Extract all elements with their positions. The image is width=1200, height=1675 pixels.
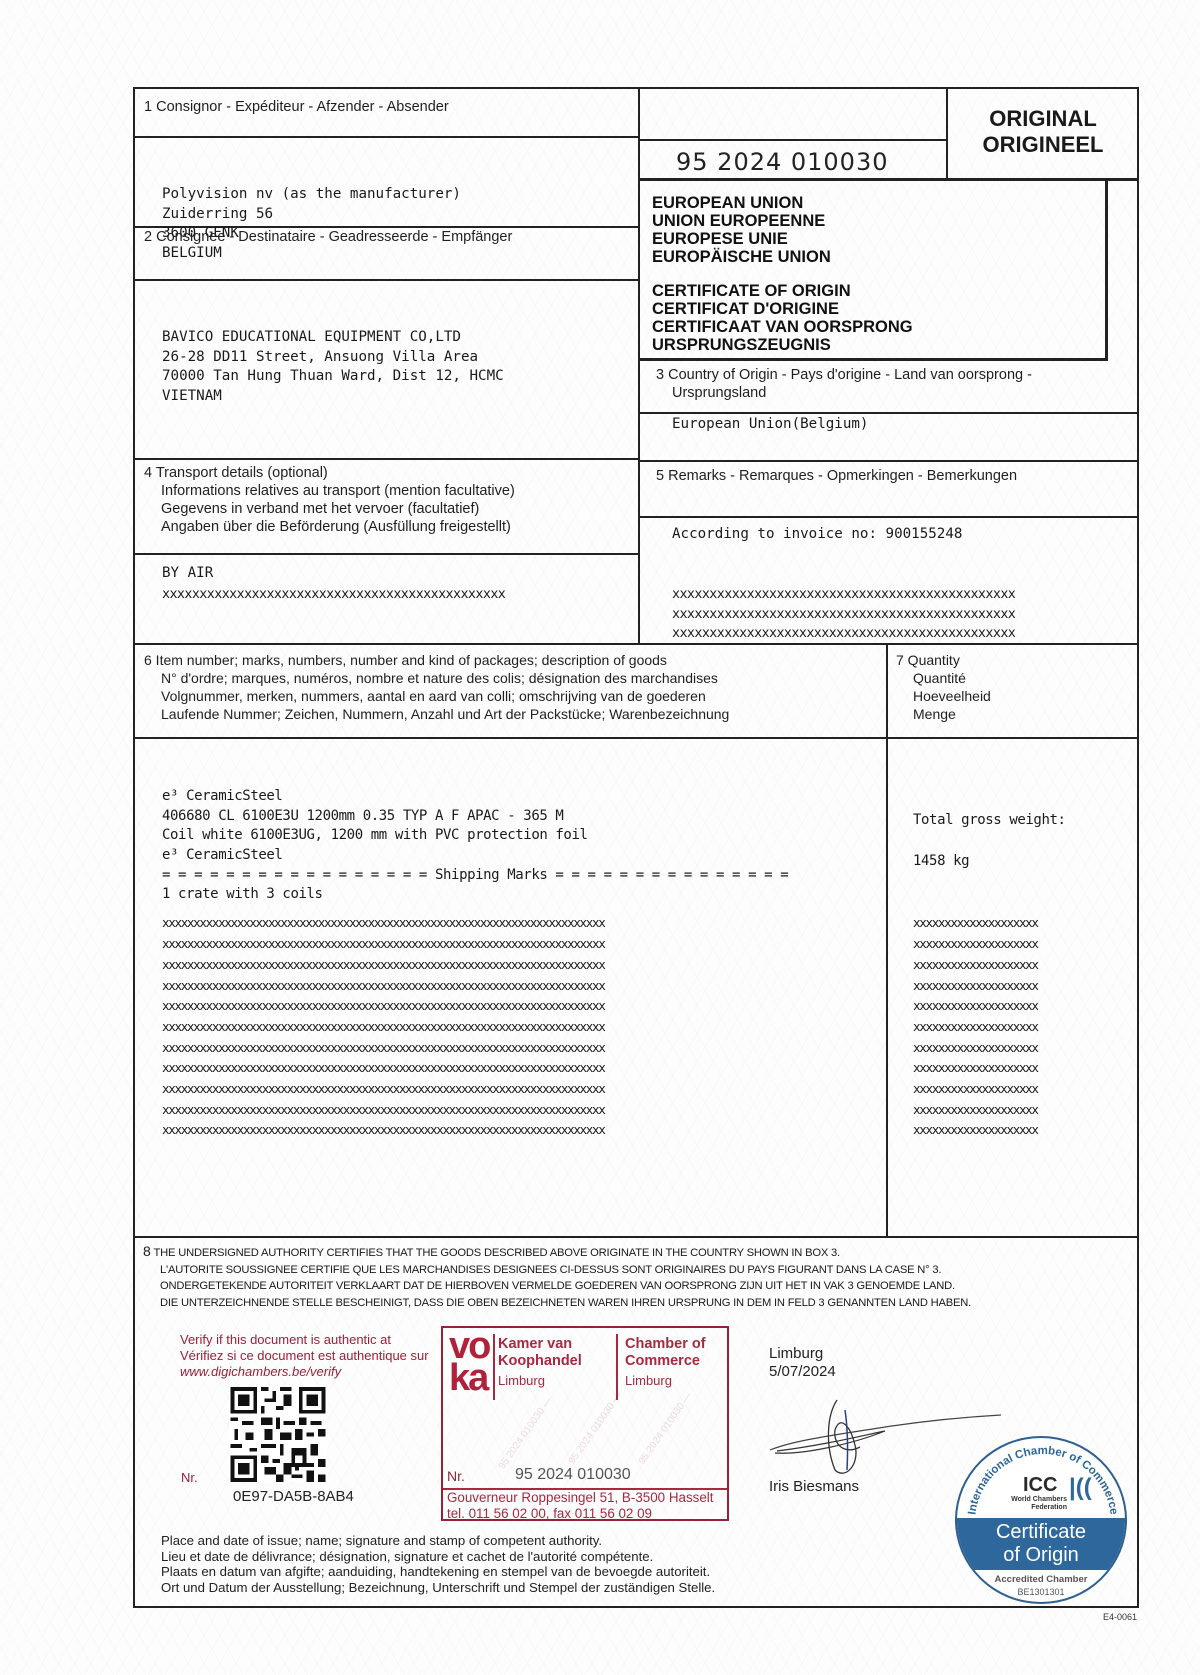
verify-url-link[interactable]: www.digichambers.be/verify [180,1364,429,1380]
icc-brand: ICC [1023,1474,1057,1497]
goods-filler-line: xxxxxxxxxxxxxxxxxxxxxxxxxxxxxxxxxxxxxxxx… [162,913,604,934]
box7-label-line: Menge [896,705,991,723]
divider-center [638,87,640,645]
rule-box3-top [638,358,1108,361]
box6-label-line: Laufende Nummer; Zeichen, Nummern, Anzah… [144,705,729,723]
divider-quantity [886,643,888,1237]
box3-label-line: 3 Country of Origin - Pays d'origine - L… [656,366,1032,384]
certification-line: THE UNDERSIGNED AUTHORITY CERTIFIES THAT… [154,1247,840,1259]
instruction-line: Plaats en datum van afgifte; aanduiding,… [161,1564,715,1580]
stamp-en-name: Chamber of Commerce [625,1336,706,1370]
quantity-filler-line: xxxxxxxxxxxxxxxxxxxx [913,1100,1038,1121]
chamber-of-commerce-stamp: vo ka Kamer van Koophandel Limburg Chamb… [441,1326,729,1521]
stamp-phone: tel. 011 56 02 00, fax 011 56 02 09 [447,1506,652,1521]
cert-title: CERTIFICATE OF ORIGIN [652,282,913,300]
goods-filler-line: xxxxxxxxxxxxxxxxxxxxxxxxxxxxxxxxxxxxxxxx… [162,976,604,997]
consignee-line: BAVICO EDUCATIONAL EQUIPMENT CO,LTD [162,328,504,348]
box4-label-line: 4 Transport details (optional) [144,464,515,482]
icc-band-line: Certificate [957,1521,1125,1544]
remarks-value: According to invoice no: 900155248 [672,525,962,545]
stamp-nr-label: Nr. [447,1468,465,1484]
icc-waves-icon: |(( [1069,1474,1092,1502]
box7-label-line: Hoeveelheid [896,687,991,705]
quantity-filler-line: xxxxxxxxxxxxxxxxxxxx [913,976,1038,997]
instruction-line: Ort und Datum der Ausstellung; Bezeichnu… [161,1580,715,1596]
certificate-page: 1 Consignor - Expéditeur - Afzender - Ab… [0,0,1200,1675]
qr-code-icon[interactable] [229,1387,327,1482]
box4-label-line: Gegevens in verband met het vervoer (fac… [144,500,515,518]
remarks-filler-line: xxxxxxxxxxxxxxxxxxxxxxxxxxxxxxxxxxxxxxxx… [672,624,1015,644]
stamp-nr-value: 95 2024 010030 [515,1466,631,1484]
icc-federation-line: Federation [997,1504,1067,1512]
stamp-watermark: 95 2024 010030 — [637,1390,695,1466]
form-number: E4-0061 [1103,1612,1137,1622]
box7-label-line: 7 Quantity [896,651,991,669]
certification-line: L'AUTORITE SOUSSIGNEE CERTIFIE QUE LES M… [143,1262,971,1279]
consignor-line: Zuiderring 56 [162,205,461,225]
quantity-filler-line: xxxxxxxxxxxxxxxxxxxx [913,934,1038,955]
box8-number: 8 [143,1243,151,1259]
certification-line: ONDERGETEKENDE AUTORITEIT VERKLAART DAT … [143,1278,971,1295]
instruction-line: Place and date of issue; name; signature… [161,1533,715,1549]
cert-title: URSPRUNGSZEUGNIS [652,336,913,354]
box3-label: 3 Country of Origin - Pays d'origine - L… [656,366,1032,402]
eu-title: EUROPESE UNIE [652,230,831,248]
box3-label-line: Ursprungsland [656,384,1032,402]
rule-box1-label [133,136,639,138]
certification-line: DIE UNTERZEICHNENDE STELLE BESCHEINIGT, … [143,1295,971,1312]
verify-line: Verify if this document is authentic at [180,1332,429,1348]
consignor-line: Polyvision nv (as the manufacturer) [162,185,461,205]
goods-line: 406680 CL 6100E3U 1200mm 0.35 TYP A F AP… [162,807,788,827]
box6-label: 6 Item number; marks, numbers, number an… [144,651,729,723]
icc-accreditation-number: BE1301301 [957,1587,1125,1597]
cert-title: CERTIFICAAT VAN OORSPRONG [652,318,913,336]
goods-filler-line: xxxxxxxxxxxxxxxxxxxxxxxxxxxxxxxxxxxxxxxx… [162,1017,604,1038]
certificate-serial-number: 95 2024 010030 [676,148,889,176]
quantity-filler-line: xxxxxxxxxxxxxxxxxxxx [913,1079,1038,1100]
rule-box8-top [133,1236,1139,1238]
consignor-line: BELGIUM [162,244,461,264]
certificate-titles: CERTIFICATE OF ORIGINCERTIFICAT D'ORIGIN… [652,282,913,354]
icc-certificate-band: Certificate of Origin [957,1518,1125,1570]
voka-logo: vo ka [449,1330,489,1394]
transport-value: BY AIR [162,564,213,584]
remarks-filler-line: xxxxxxxxxxxxxxxxxxxxxxxxxxxxxxxxxxxxxxxx… [672,585,1015,605]
gross-weight-label: Total gross weight: [913,811,1066,831]
goods-filler-line: xxxxxxxxxxxxxxxxxxxxxxxxxxxxxxxxxxxxxxxx… [162,1058,604,1079]
box1-label: 1 Consignor - Expéditeur - Afzender - Ab… [144,98,449,116]
stamp-en-region: Limburg [625,1373,672,1388]
box5-label: 5 Remarks - Remarques - Opmerkingen - Be… [656,467,1017,485]
rule-box5-top [638,460,1138,462]
icc-certificate-seal: International Chamber of Commerce ICC |(… [955,1436,1127,1604]
goods-filler-line: xxxxxxxxxxxxxxxxxxxxxxxxxxxxxxxxxxxxxxxx… [162,1120,604,1141]
box7-label: 7 QuantityQuantitéHoeveelheidMenge [896,651,991,723]
box4-label-line: Angaben über die Beförderung (Ausfüllung… [144,518,515,536]
issue-place-date: Limburg 5/07/2024 [769,1345,836,1381]
eu-title: EUROPEAN UNION [652,194,831,212]
eu-box-right [1105,178,1108,360]
icc-federation: World Chambers Federation [997,1496,1067,1512]
stamp-divider-middle [616,1334,618,1400]
box4-label-line: Informations relatives au transport (men… [144,482,515,500]
original-line: ORIGINEEL [950,132,1136,158]
issue-date: 5/07/2024 [769,1363,836,1381]
eu-titles: EUROPEAN UNIONUNION EUROPEENNEEUROPESE U… [652,194,831,266]
eu-title: UNION EUROPEENNE [652,212,831,230]
goods-line: e³ CeramicSteel [162,787,788,807]
rule-box4-label [133,553,639,555]
goods-filler-line: xxxxxxxxxxxxxxxxxxxxxxxxxxxxxxxxxxxxxxxx… [162,955,604,976]
consignee-line: VIETNAM [162,387,504,407]
quantity-filler-line: xxxxxxxxxxxxxxxxxxxx [913,1038,1038,1059]
country-of-origin-value: European Union(Belgium) [672,415,868,435]
verify-nr-label: Nr. [181,1470,198,1486]
rule-box3-label [638,412,1138,414]
box6-label-line: Volgnummer, merken, nummers, aantal en a… [144,687,729,705]
stamp-en-line: Commerce [625,1353,706,1370]
issue-place: Limburg [769,1345,836,1363]
quantity-filler-line: xxxxxxxxxxxxxxxxxxxx [913,1058,1038,1079]
box8-certification: 8 THE UNDERSIGNED AUTHORITY CERTIFIES TH… [143,1243,971,1311]
goods-filler-line: xxxxxxxxxxxxxxxxxxxxxxxxxxxxxxxxxxxxxxxx… [162,1079,604,1100]
goods-filler-line: xxxxxxxxxxxxxxxxxxxxxxxxxxxxxxxxxxxxxxxx… [162,1100,604,1121]
consignor-address: Polyvision nv (as the manufacturer)Zuide… [162,146,461,303]
stamp-nl-line: Kamer van [498,1336,582,1353]
verification-code: 0E97-DA5B-8AB4 [233,1489,354,1505]
box6-label-line: 6 Item number; marks, numbers, number an… [144,651,729,669]
quantity-filler-line: xxxxxxxxxxxxxxxxxxxx [913,955,1038,976]
eu-title: EUROPÄISCHE UNION [652,248,831,266]
icc-federation-line: World Chambers [997,1496,1067,1504]
stamp-en-line: Chamber of [625,1336,706,1353]
verify-notice: Verify if this document is authentic at … [180,1332,429,1380]
stamp-nl-name: Kamer van Koophandel [498,1336,582,1370]
goods-filler-line: xxxxxxxxxxxxxxxxxxxxxxxxxxxxxxxxxxxxxxxx… [162,1038,604,1059]
goods-filler-line: xxxxxxxxxxxxxxxxxxxxxxxxxxxxxxxxxxxxxxxx… [162,934,604,955]
rule-box5-label [638,516,1138,518]
box2-label: 2 Consignee - Destinataire - Geadresseer… [144,228,512,246]
goods-filler-line: xxxxxxxxxxxxxxxxxxxxxxxxxxxxxxxxxxxxxxxx… [162,996,604,1017]
cert-title: CERTIFICAT D'ORIGINE [652,300,913,318]
rule-box4-top [133,458,639,460]
goods-line: Coil white 6100E3UG, 1200 mm with PVC pr… [162,826,788,846]
consignee-line: 70000 Tan Hung Thuan Ward, Dist 12, HCMC [162,367,504,387]
quantity-filler: xxxxxxxxxxxxxxxxxxxxxxxxxxxxxxxxxxxxxxxx… [913,872,1038,1183]
box4-label: 4 Transport details (optional)Informatio… [144,464,515,536]
quantity-filler-line: xxxxxxxxxxxxxxxxxxxx [913,1120,1038,1141]
signature-instructions: Place and date of issue; name; signature… [161,1533,715,1595]
verify-line: Vérifiez si ce document est authentique … [180,1348,429,1364]
stamp-divider [493,1334,495,1400]
stamp-watermark: 95 2024 010030 — [497,1395,555,1471]
icc-accredited: Accredited Chamber [957,1574,1125,1585]
instruction-line: Lieu et date de délivrance; désignation,… [161,1549,715,1565]
stamp-nl-line: Koophandel [498,1353,582,1370]
stamp-nl-region: Limburg [498,1373,545,1388]
box6-label-line: N° d'ordre; marques, numéros, nombre et … [144,669,729,687]
quantity-filler-line: xxxxxxxxxxxxxxxxxxxx [913,913,1038,934]
gross-weight-value: 1458 kg [913,852,969,872]
consignee-line: 26-28 DD11 Street, Ansuong Villa Area [162,348,504,368]
voka-logo-bottom: ka [449,1362,489,1394]
stamp-watermark: 95 2024 010030 — [567,1390,625,1466]
goods-filler: xxxxxxxxxxxxxxxxxxxxxxxxxxxxxxxxxxxxxxxx… [162,872,604,1183]
consignee-address: BAVICO EDUCATIONAL EQUIPMENT CO,LTD26-28… [162,289,504,446]
box7-label-line: Quantité [896,669,991,687]
rule-box6-label [133,737,1139,739]
quantity-filler-line: xxxxxxxxxxxxxxxxxxxx [913,1017,1038,1038]
quantity-filler-line: xxxxxxxxxxxxxxxxxxxx [913,996,1038,1017]
icc-band-line: of Origin [957,1544,1125,1567]
original-label: ORIGINALORIGINEEL [950,106,1136,158]
rule-eu-top [638,178,1138,181]
divider-original [946,87,948,179]
transport-filler: xxxxxxxxxxxxxxxxxxxxxxxxxxxxxxxxxxxxxxxx… [162,585,505,605]
stamp-address: Gouverneur Roppesingel 51, B-3500 Hassel… [447,1490,714,1505]
original-line: ORIGINAL [950,106,1136,132]
rule-serial-top [638,139,948,141]
goods-line: e³ CeramicSteel [162,846,788,866]
signatory-name: Iris Biesmans [769,1478,859,1496]
remarks-filler-line: xxxxxxxxxxxxxxxxxxxxxxxxxxxxxxxxxxxxxxxx… [672,605,1015,625]
